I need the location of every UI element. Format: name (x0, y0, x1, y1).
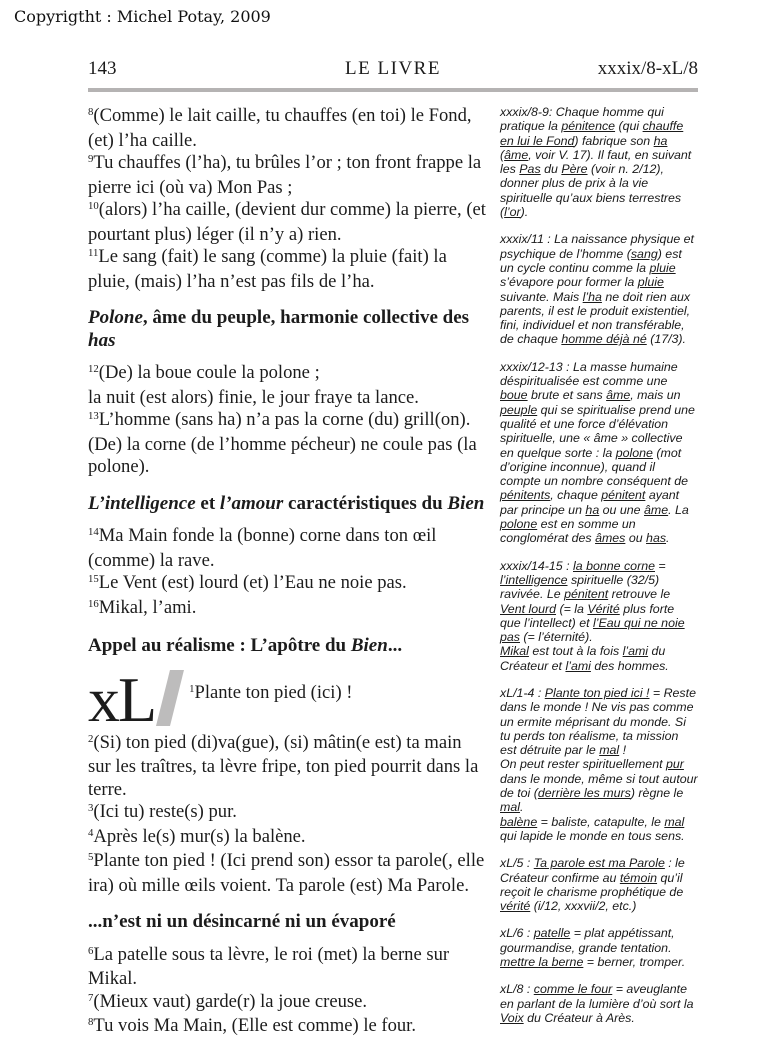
verse-xxxix-13: 13L’homme (sans ha) n’a pas la corne (du… (88, 409, 486, 479)
scanned-book-page: { "colors": { "rule": "#b5b3b3", "slash"… (0, 0, 780, 1058)
annotations-column: xxxix/8-9: Chaque homme qui pratique la … (500, 105, 698, 1040)
note-xl-5: xL/5 : Ta parole est ma Parole : le Créa… (500, 856, 698, 913)
main-text-column: 8(Comme) le lait caille, tu chauffes (en… (88, 105, 486, 1040)
verse-xxxix-9: 9Tu chauffes (l’ha), tu brûles l’or ; to… (88, 152, 486, 199)
book-page: 143 LE LIVRE xxxix/8-xL/8 8(Comme) le la… (88, 58, 698, 1040)
verse-xl-2: 2(Si) ton pied (di)va(gue), (si) mâtin(e… (88, 732, 486, 802)
note-xl-1-4: xL/1-4 : Plante ton pied ici ! = Reste d… (500, 686, 698, 843)
verse-xxxix-12: 12(De) la boue coule la polone ;la nuit … (88, 362, 486, 409)
verse-xl-7: 7(Mieux vaut) garde(r) la joue creuse. (88, 991, 486, 1016)
verse-xl-4: 4Après le(s) mur(s) la balène. (88, 826, 486, 851)
verse-xl-5: 5Plante ton pied ! (Ici prend son) essor… (88, 850, 486, 897)
verse-xxxix-10: 10(alors) l’ha caille, (devient dur comm… (88, 199, 486, 246)
page-header: 143 LE LIVRE xxxix/8-xL/8 (88, 58, 698, 84)
chapter-slash-mark (156, 670, 184, 726)
verse-xl-6: 6La patelle sous ta lèvre, le roi (met) … (88, 944, 486, 991)
verse-xxxix-14: 14Ma Main fonde la (bonne) corne dans to… (88, 525, 486, 572)
section-heading-desincarne: ...n’est ni un désincarné ni un évaporé (88, 911, 486, 934)
verse-xxxix-15: 15Le Vent (est) lourd (et) l’Eau ne noie… (88, 572, 486, 597)
verse-reference-range: xxxix/8-xL/8 (598, 58, 698, 80)
two-column-layout: 8(Comme) le lait caille, tu chauffes (en… (88, 105, 698, 1040)
verse-xxxix-11: 11Le sang (fait) le sang (comme) la plui… (88, 246, 486, 293)
verse-xl-3: 3(Ici tu) reste(s) pur. (88, 801, 486, 826)
chapter-xl-start: xL 1Plante ton pied (ici) ! (88, 668, 486, 732)
header-rule (88, 88, 698, 92)
verse-xl-8: 8Tu vois Ma Main, (Elle est comme) le fo… (88, 1015, 486, 1040)
verse-xxxix-8: 8(Comme) le lait caille, tu chauffes (en… (88, 105, 486, 152)
section-heading-intelligence: L’intelligence et l’amour caractéristiqu… (88, 493, 486, 516)
section-heading-polone: Polone, âme du peuple, harmonie collecti… (88, 307, 486, 352)
note-xxxix-14-15: xxxix/14-15 : la bonne corne = l’intelli… (500, 559, 698, 673)
section-heading-appel-realisme: Appel au réalisme : L’apôtre du Bien... (88, 635, 486, 658)
note-xl-8: xL/8 : comme le four = aveuglante en par… (500, 982, 698, 1025)
note-xxxix-12-13: xxxix/12-13 : La masse humaine déspiritu… (500, 360, 698, 546)
copyright-notice: Copyrigtht : Michel Potay, 2009 (14, 7, 271, 26)
verse-xl-1: 1Plante ton pied (ici) ! (189, 682, 352, 717)
note-xxxix-8-9: xxxix/8-9: Chaque homme qui pratique la … (500, 105, 698, 219)
note-xl-6: xL/6 : patelle = plat appétissant, gourm… (500, 926, 698, 969)
chapter-xl-dropcap: xL (88, 671, 155, 729)
note-xxxix-11: xxxix/11 : La naissance physique et psyc… (500, 232, 698, 346)
verse-xxxix-16: 16Mikal, l’ami. (88, 597, 486, 622)
